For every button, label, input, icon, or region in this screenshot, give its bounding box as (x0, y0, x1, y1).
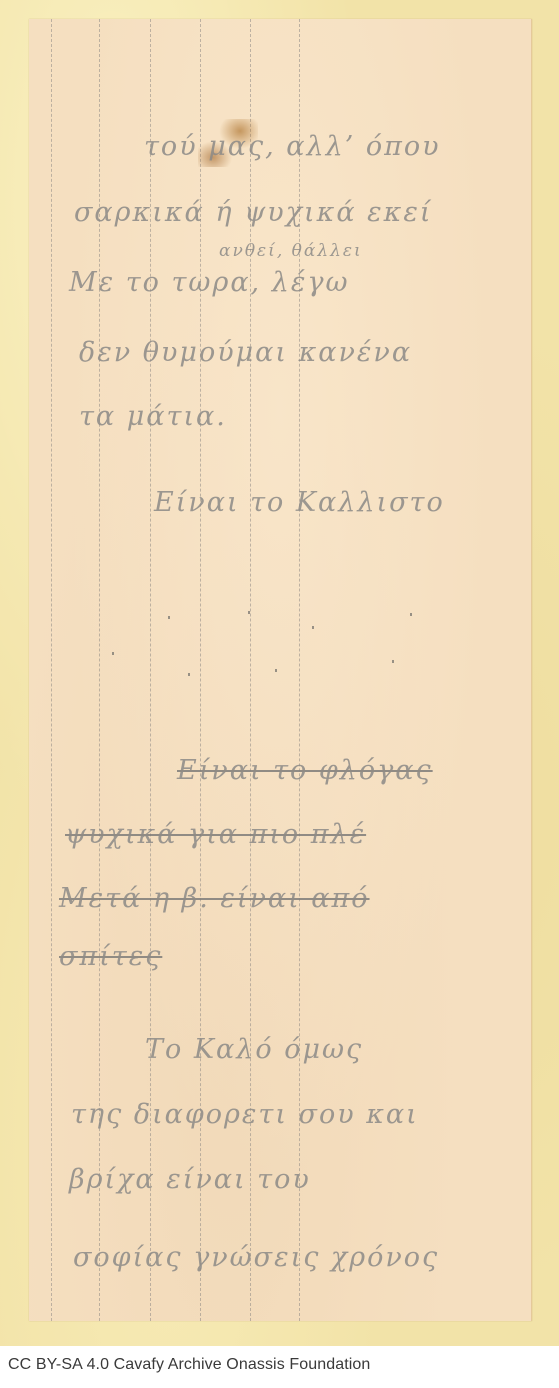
handwritten-line: Είναι το Καλλιστο (154, 487, 445, 518)
handwritten-line: τα μάτια. (79, 401, 227, 432)
pencil-mark (248, 611, 250, 614)
handwritten-line: τού μας, αλλ’ όπου (144, 131, 441, 162)
pencil-mark (410, 613, 412, 616)
handwritten-line: σοφίας γνώσεις χρόνος (73, 1242, 439, 1273)
pencil-mark (188, 673, 190, 676)
struck-line: σπίτες (59, 941, 162, 972)
interlinear-correction: ανθεί, θάλλει (219, 241, 363, 261)
handwritten-line: της διαφορετι σου και (71, 1099, 419, 1130)
struck-line: Μετά η β. είναι από (59, 883, 370, 914)
pencil-mark (275, 669, 277, 672)
struck-line: Είναι το φλόγας (177, 755, 433, 786)
manuscript-sheet: τού μας, αλλ’ όπου σαρκικά ή ψυχικά εκεί… (29, 19, 532, 1321)
pencil-mark (392, 660, 394, 663)
handwritten-line: βρίχα είναι του (69, 1164, 311, 1195)
ruled-line (51, 19, 52, 1321)
pencil-mark (312, 626, 314, 629)
pencil-mark (168, 616, 170, 619)
handwritten-line: Με το τωρα, λέγω (69, 267, 349, 298)
struck-line: ψυχικά για πιο πλέ (65, 819, 366, 850)
license-credit: CC BY-SA 4.0 Cavafy Archive Onassis Foun… (8, 1356, 370, 1374)
handwritten-line: σαρκικά ή ψυχικά εκεί (74, 197, 432, 228)
handwritten-line: δεν θυμούμαι κανένα (79, 337, 412, 368)
handwritten-line: Το Καλό όμως (145, 1034, 363, 1065)
pencil-mark (112, 652, 114, 655)
